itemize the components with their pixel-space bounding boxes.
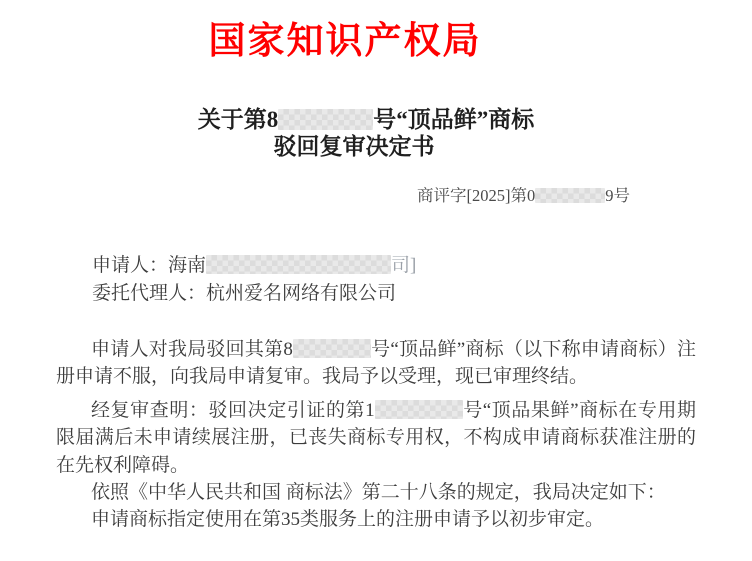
reference-post: 9号	[605, 186, 630, 205]
redaction-mosaic-paragraph-1-number	[293, 339, 371, 358]
redaction-mosaic-title-number	[278, 109, 373, 130]
applicant-line: 申请人：海南司]	[92, 252, 416, 280]
redaction-mosaic-applicant-name	[206, 255, 391, 274]
applicant-name-prefix: 海南	[168, 255, 206, 276]
paragraph-1: 申请人对我局驳回其第8号“顶品鲜”商标（以下称申请商标）注册申请不服，向我局申请…	[56, 336, 696, 391]
paragraph-2-pre: 经复审查明：驳回决定引证的第1	[91, 400, 375, 421]
doc-title-line1-pre: 关于第8	[198, 107, 279, 132]
reference-pre: 商评字[2025]第0	[417, 186, 535, 205]
doc-title-line1-post: 号“顶品鲜”商标	[373, 107, 534, 132]
decision-body: 申请人对我局驳回其第8号“顶品鲜”商标（以下称申请商标）注册申请不服，向我局申请…	[56, 336, 696, 534]
paragraph-2: 经复审查明：驳回决定引证的第1号“顶品果鲜”商标在专用期限届满后未申请续展注册，…	[56, 397, 696, 479]
org-title: 国家知识产权局	[0, 10, 690, 64]
paragraph-3: 依照《中华人民共和国 商标法》第二十八条的规定，我局决定如下：	[56, 479, 696, 506]
doc-title-line1: 关于第8号“顶品鲜”商标	[36, 106, 696, 133]
doc-title: 关于第8号“顶品鲜”商标 驳回复审决定书	[36, 106, 696, 160]
agent-label: 委托代理人：	[92, 283, 206, 304]
document-page: 国家知识产权局 关于第8号“顶品鲜”商标 驳回复审决定书 商评字[2025]第0…	[0, 0, 752, 561]
paragraph-4: 申请商标指定使用在第35类服务上的注册申请予以初步审定。	[56, 506, 696, 533]
agent-line: 委托代理人：杭州爱名网络有限公司	[92, 280, 416, 308]
doc-title-line2: 驳回复审决定书	[24, 133, 684, 160]
reference-number: 商评字[2025]第09号	[0, 182, 630, 206]
paragraph-1-pre: 申请人对我局驳回其第8	[91, 339, 293, 360]
applicant-name-suffix: 司]	[391, 255, 416, 276]
agent-name: 杭州爱名网络有限公司	[206, 283, 396, 304]
parties-block: 申请人：海南司] 委托代理人：杭州爱名网络有限公司	[92, 252, 416, 307]
redaction-mosaic-paragraph-2-number	[375, 400, 463, 419]
applicant-label: 申请人：	[92, 255, 168, 276]
redaction-mosaic-reference-number	[535, 188, 605, 203]
